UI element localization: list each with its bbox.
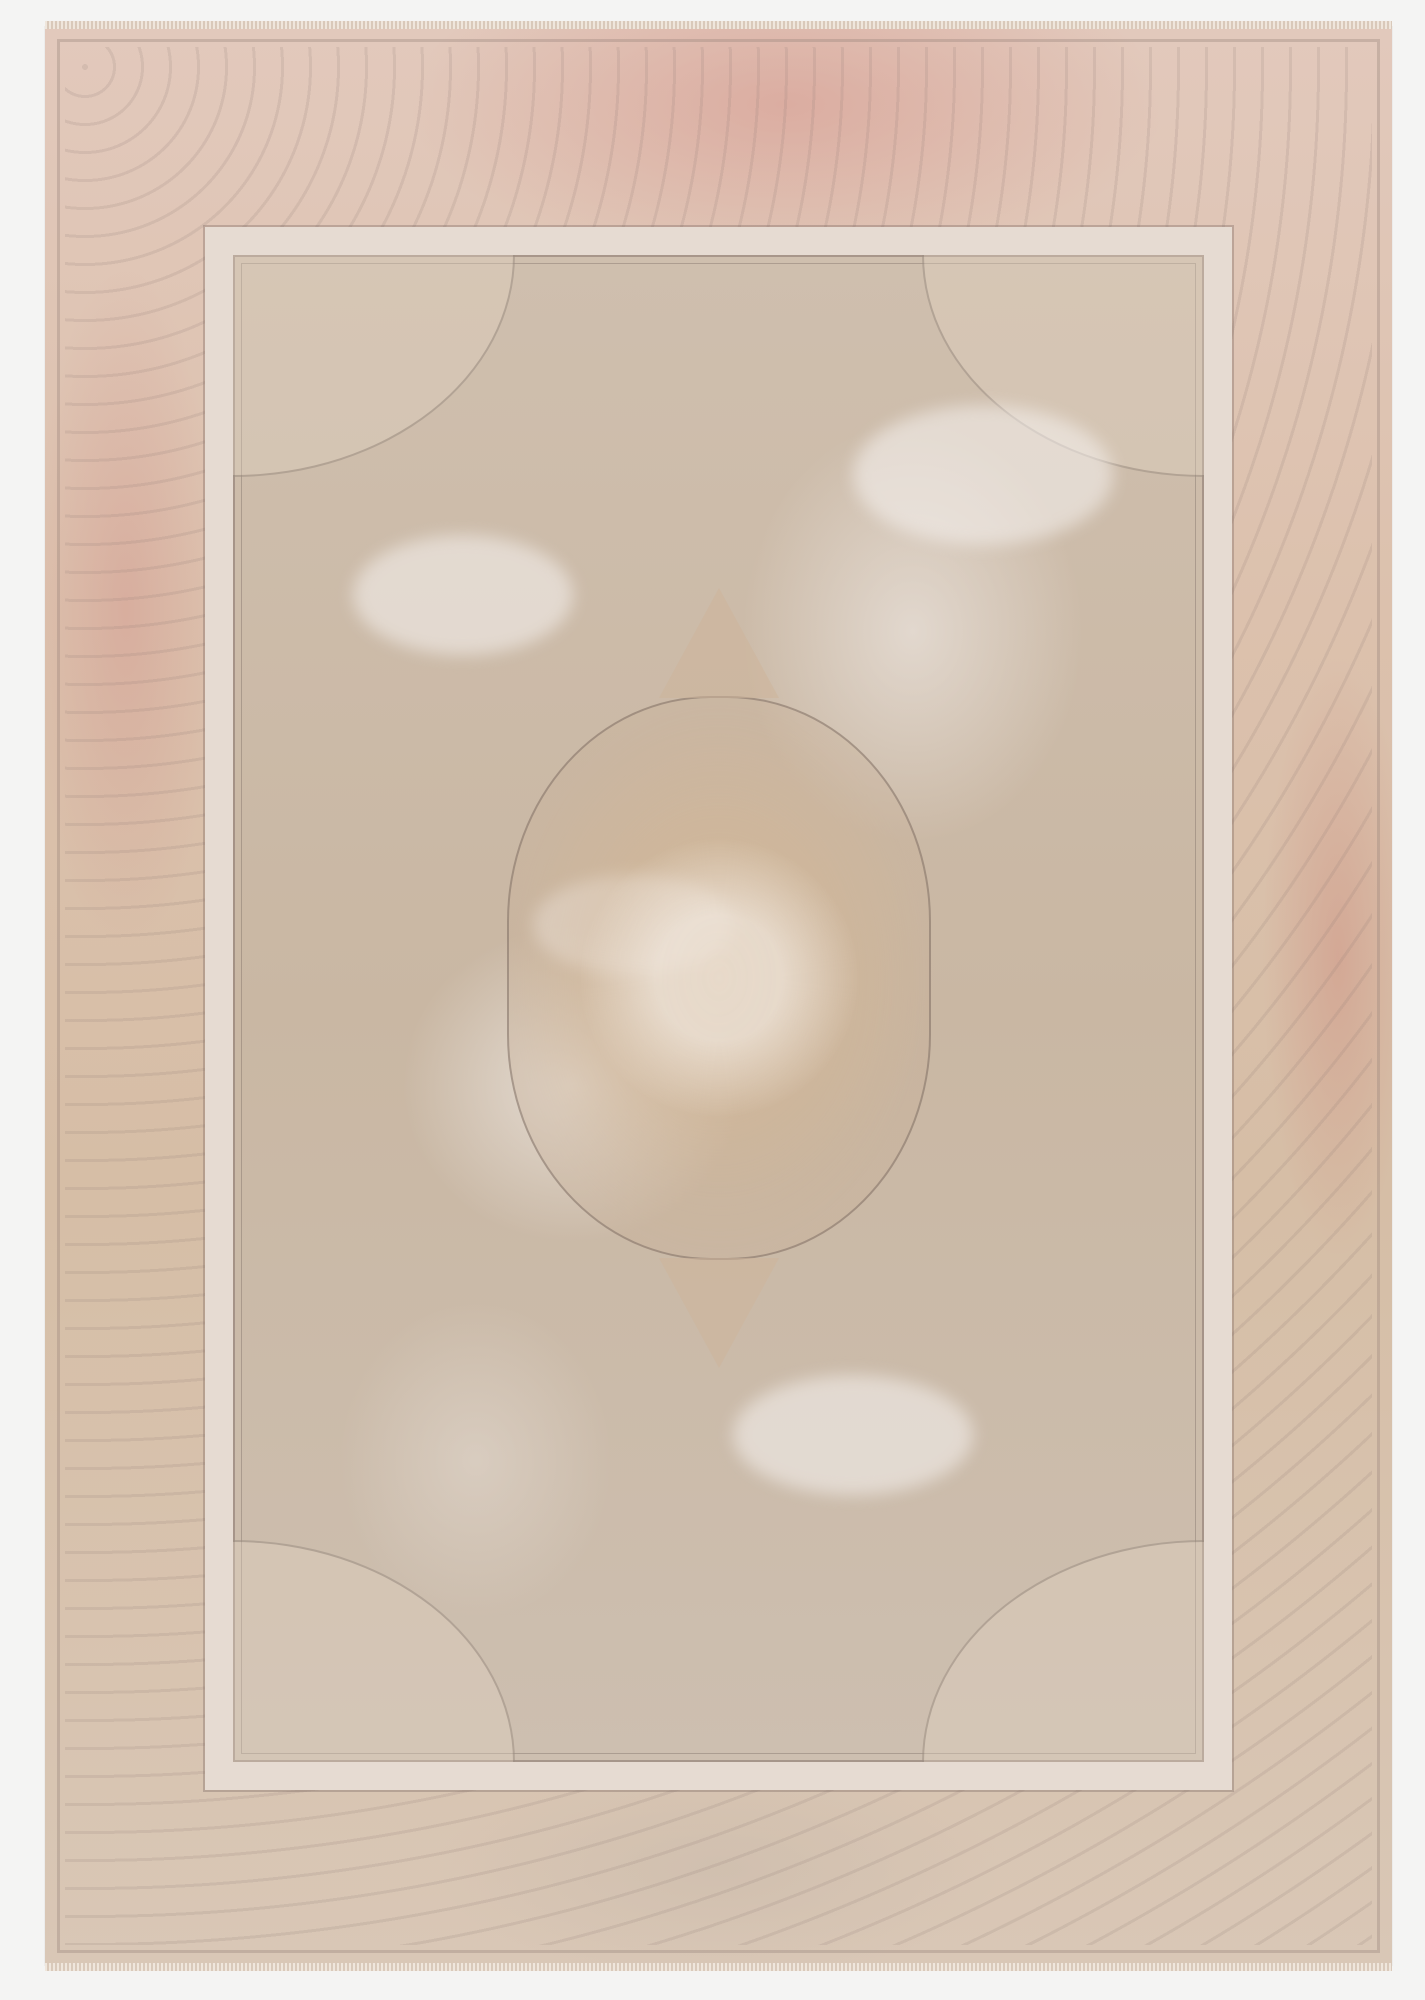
field xyxy=(205,227,1232,1790)
wear-patch xyxy=(733,1375,973,1495)
central-medallion xyxy=(507,696,931,1260)
fringe-bottom xyxy=(45,1963,1392,1971)
wear-patch xyxy=(353,535,573,655)
fringe-top xyxy=(45,21,1392,29)
rug xyxy=(45,27,1392,1965)
wear-patch xyxy=(853,405,1113,545)
